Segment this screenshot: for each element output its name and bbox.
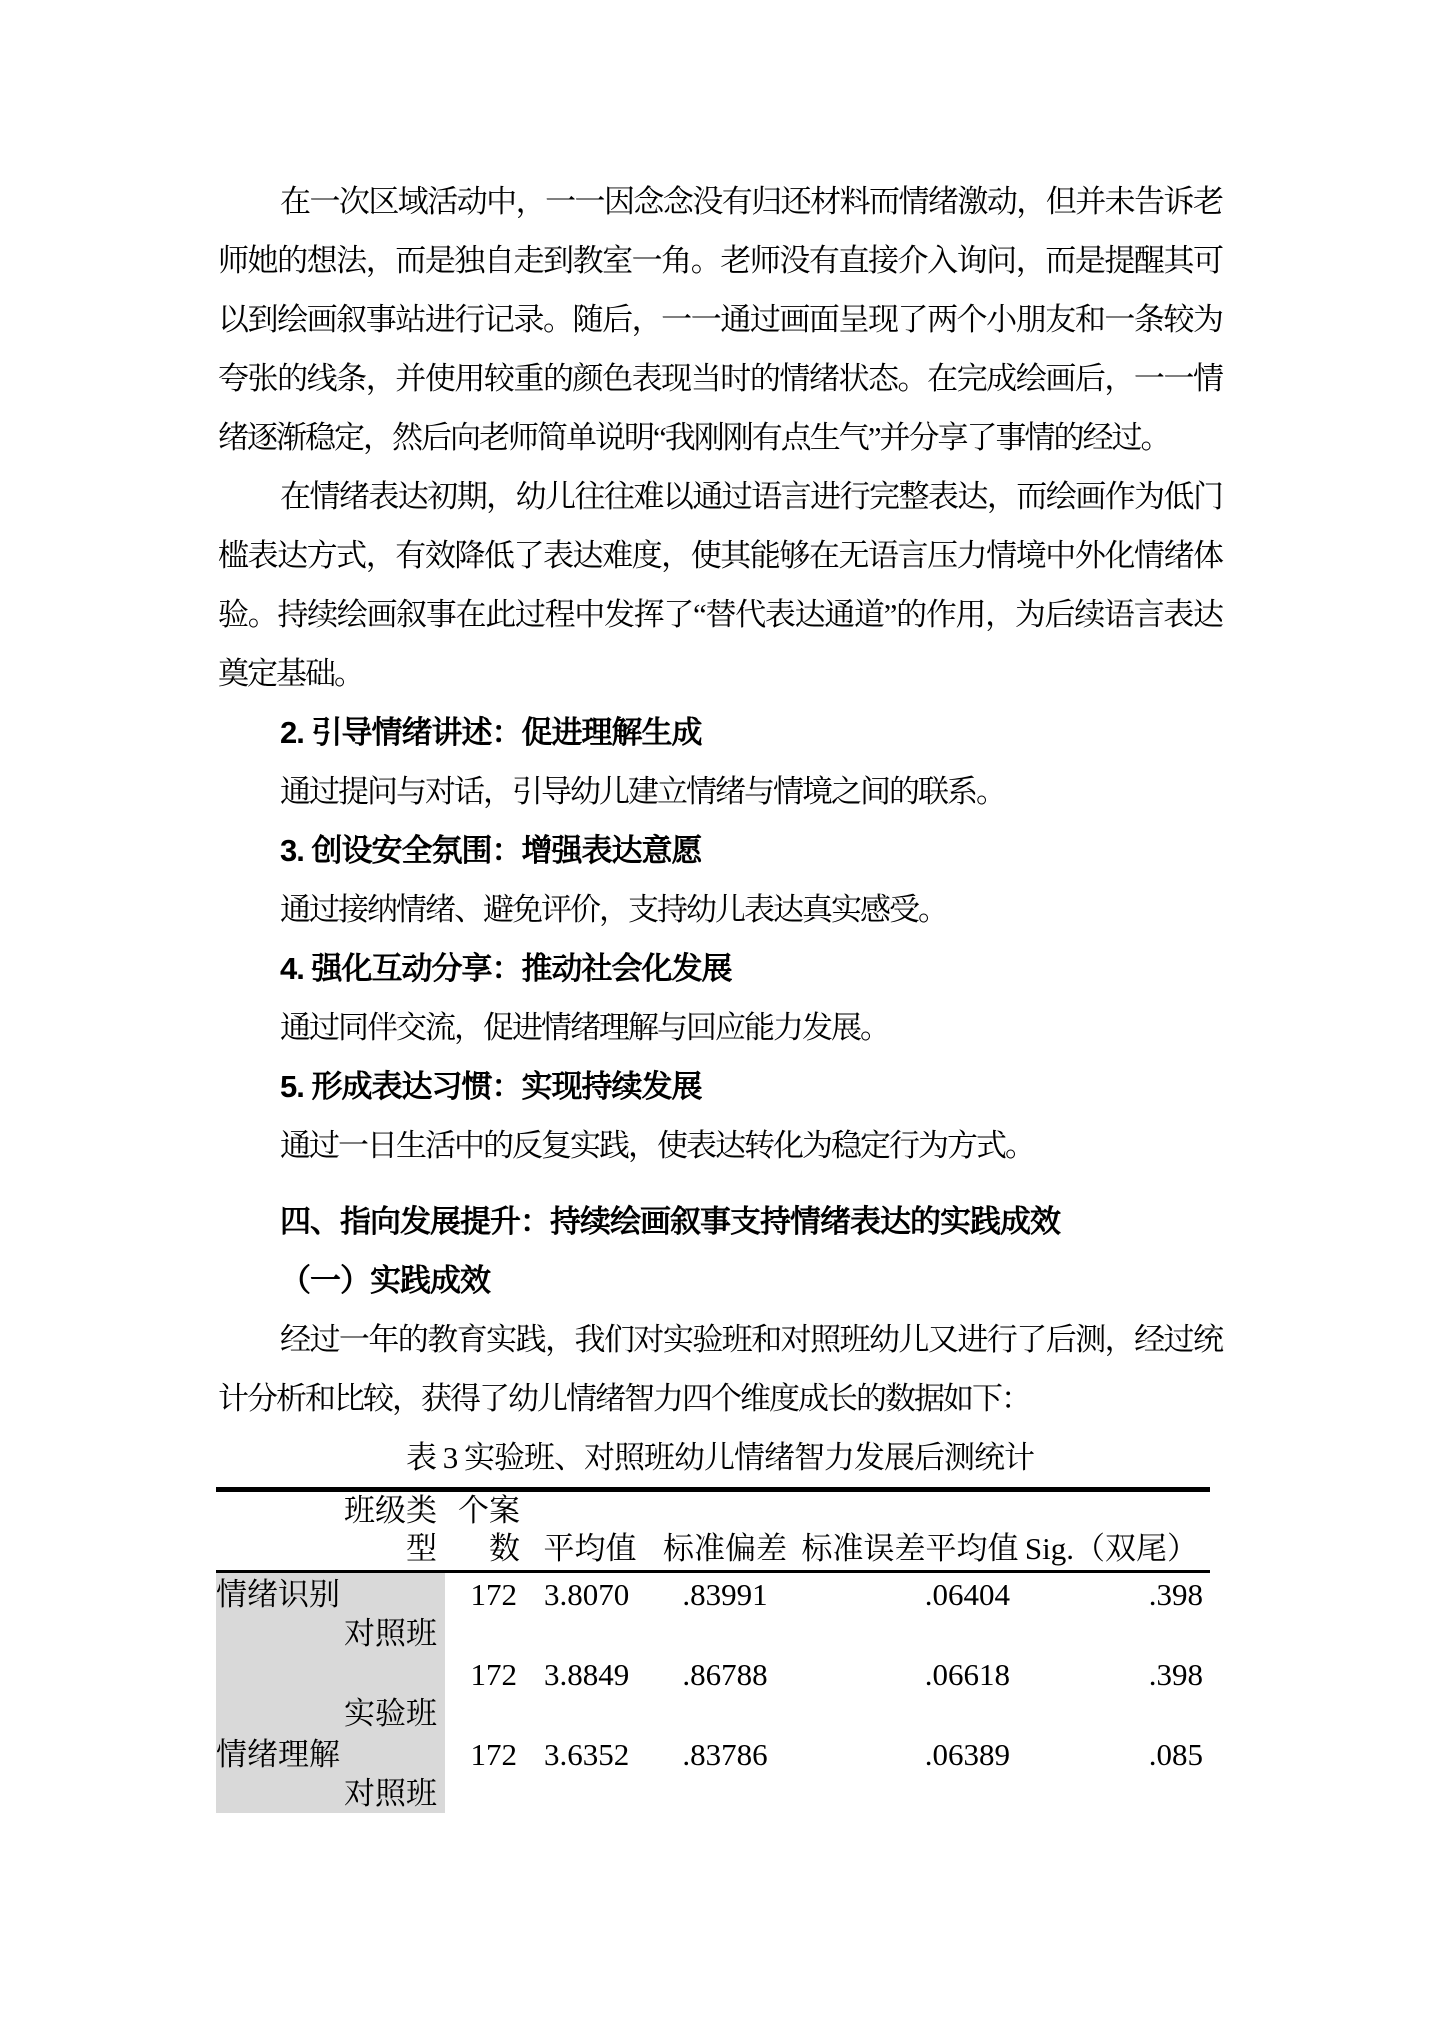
col-header-class-type-label: 班级类型 [341, 1492, 437, 1568]
cell-mean: 3.8070 [530, 1573, 650, 1653]
strategy-section-2: 2. 引导情绪讲述：促进理解生成 通过提问与对话，引导幼儿建立情绪与情境之间的联… [218, 703, 1222, 821]
subsection-1-heading: （一）实践成效 [218, 1251, 1222, 1310]
cell-std-dev: .86788 [650, 1653, 800, 1733]
strategy-3-body: 通过接纳情绪、避免评价，支持幼儿表达真实感受。 [218, 880, 1222, 939]
strategy-4-body: 通过同伴交流，促进情绪理解与回应能力发展。 [218, 998, 1222, 1057]
strategy-2-body: 通过提问与对话，引导幼儿建立情绪与情境之间的联系。 [218, 762, 1222, 821]
strategy-2-heading: 2. 引导情绪讲述：促进理解生成 [218, 703, 1222, 762]
strategy-section-4: 4. 强化互动分享：推动社会化发展 通过同伴交流，促进情绪理解与回应能力发展。 [218, 939, 1222, 1057]
table-header-row: 班级类型 个案数 平均值 标准偏差 标准误差平均值 Sig.（双尾） [216, 1487, 1210, 1573]
class-label: 对照班 [216, 1775, 445, 1813]
strategy-4-heading: 4. 强化互动分享：推动社会化发展 [218, 939, 1222, 998]
paragraph-case-example: 在一次区域活动中，一一因念念没有归还材料而情绪激动，但并未告诉老师她的想法，而是… [218, 172, 1222, 467]
cell-mean: 3.6352 [530, 1733, 650, 1813]
cell-sig: .085 [1020, 1733, 1210, 1813]
class-label: 对照班 [216, 1615, 445, 1653]
dimension-label: 情绪识别 [216, 1573, 445, 1615]
table-row-emotion-recognition-experiment: 实验班 172 3.8849 .86788 .06618 .398 [216, 1653, 1210, 1733]
document-page: 在一次区域活动中，一一因念念没有归还材料而情绪激动，但并未告诉老师她的想法，而是… [0, 0, 1440, 2036]
paragraph-early-expression: 在情绪表达初期，幼儿往往难以通过语言进行完整表达，而绘画作为低门槛表达方式，有效… [218, 467, 1222, 703]
col-header-std-dev: 标准偏差 [650, 1530, 800, 1570]
cell-std-err-mean: .06618 [800, 1653, 1020, 1733]
paragraph-results-intro: 经过一年的教育实践，我们对实验班和对照班幼儿又进行了后测，经过统计分析和比较，获… [218, 1310, 1222, 1428]
strategy-3-heading: 3. 创设安全氛围：增强表达意愿 [218, 821, 1222, 880]
strategy-5-body: 通过一日生活中的反复实践，使表达转化为稳定行为方式。 [218, 1116, 1222, 1175]
cell-n: 172 [445, 1573, 530, 1653]
class-label: 实验班 [216, 1695, 445, 1733]
blank-line [218, 1175, 1222, 1192]
table-caption: 表 3 实验班、对照班幼儿情绪智力发展后测统计 [218, 1428, 1222, 1487]
strategy-5-heading: 5. 形成表达习惯：实现持续发展 [218, 1057, 1222, 1116]
col-header-n: 个案数 [445, 1492, 530, 1570]
table-row-emotion-recognition-control: 情绪识别 对照班 172 3.8070 .83991 .06404 .398 [216, 1573, 1210, 1653]
cell-mean: 3.8849 [530, 1653, 650, 1733]
cell-std-dev: .83786 [650, 1733, 800, 1813]
cell-dimension-class: 情绪识别 对照班 [216, 1573, 445, 1653]
stats-table: 班级类型 个案数 平均值 标准偏差 标准误差平均值 Sig.（双尾） 情绪识别 … [216, 1487, 1210, 1813]
dimension-label: 情绪理解 [216, 1733, 445, 1775]
strategy-section-5: 5. 形成表达习惯：实现持续发展 通过一日生活中的反复实践，使表达转化为稳定行为… [218, 1057, 1222, 1175]
cell-dimension-class: 情绪理解 对照班 [216, 1733, 445, 1813]
cell-n: 172 [445, 1653, 530, 1733]
cell-std-dev: .83991 [650, 1573, 800, 1653]
col-header-std-err-mean: 标准误差平均值 [800, 1530, 1020, 1570]
cell-dimension-class: 实验班 [216, 1653, 445, 1733]
dimension-label [216, 1653, 445, 1695]
col-header-sig: Sig.（双尾） [1020, 1530, 1210, 1570]
section-4-heading: 四、指向发展提升：持续绘画叙事支持情绪表达的实践成效 [218, 1192, 1222, 1251]
cell-sig: .398 [1020, 1653, 1210, 1733]
cell-sig: .398 [1020, 1573, 1210, 1653]
col-header-mean: 平均值 [530, 1530, 650, 1570]
col-header-class-type: 班级类型 [216, 1492, 445, 1570]
cell-std-err-mean: .06389 [800, 1733, 1020, 1813]
cell-n: 172 [445, 1733, 530, 1813]
strategy-section-3: 3. 创设安全氛围：增强表达意愿 通过接纳情绪、避免评价，支持幼儿表达真实感受。 [218, 821, 1222, 939]
col-header-n-label: 个案数 [456, 1492, 520, 1568]
table-row-emotion-understanding-control: 情绪理解 对照班 172 3.6352 .83786 .06389 .085 [216, 1733, 1210, 1813]
cell-std-err-mean: .06404 [800, 1573, 1020, 1653]
